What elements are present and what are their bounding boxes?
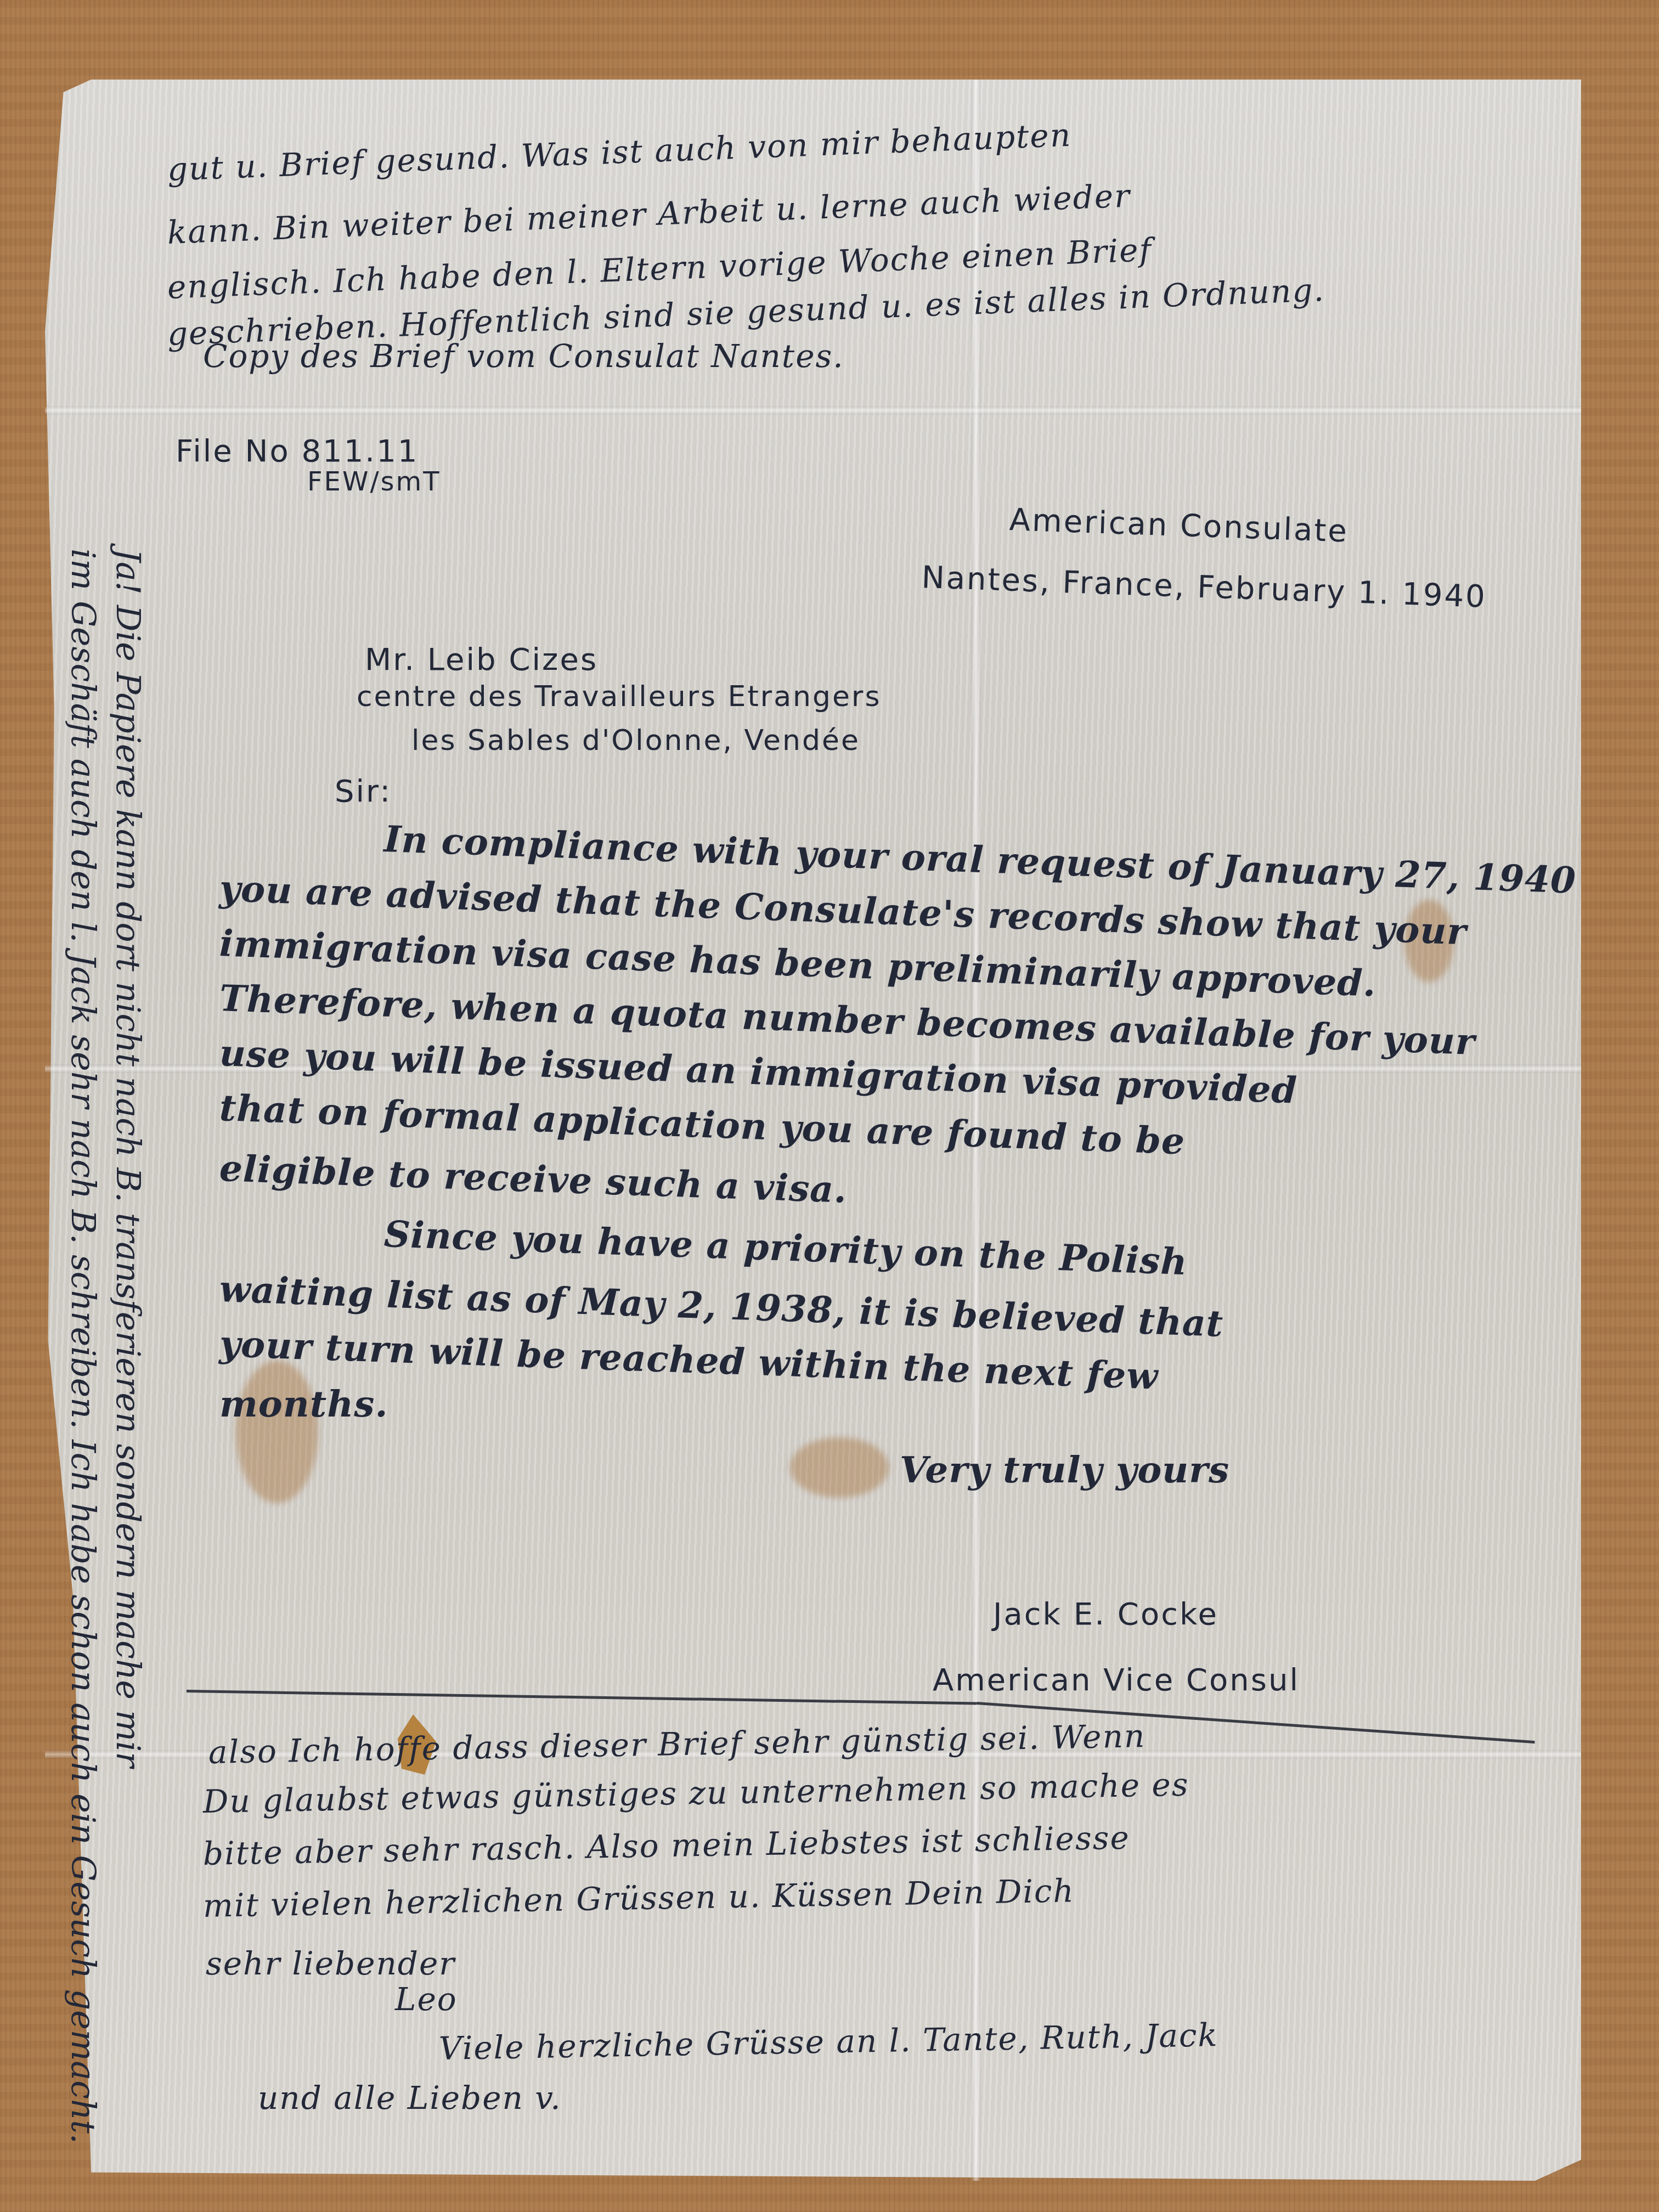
- note-line: sehr liebender: [206, 1945, 455, 1982]
- recipient-address-line: centre des Travailleurs Etrangers: [357, 680, 882, 713]
- margin-note-line: im Geschäft auch den l. Jack sehr nach B…: [60, 549, 105, 2144]
- water-stain: [790, 1437, 889, 1498]
- paragraph-line: months.: [219, 1383, 388, 1425]
- recipient-address-line: les Sables d'Olonne, Vendée: [411, 724, 860, 757]
- postscript-line: und alle Lieben v.: [258, 2079, 562, 2117]
- horizontal-fold-crease: [45, 406, 1581, 415]
- closing: Very truly yours: [900, 1448, 1229, 1491]
- recipient-name: Mr. Leib Cizes: [365, 642, 598, 678]
- margin-note: Ja! Die Papiere kann dort nicht nach B. …: [60, 549, 150, 2144]
- file-initials: FEW/smT: [307, 466, 441, 497]
- margin-note-line: Ja! Die Papiere kann dort nicht nach B. …: [105, 549, 150, 2144]
- water-stain: [236, 1361, 318, 1503]
- file-number: File No 811.11: [176, 433, 419, 469]
- signature-name: Jack E. Cocke: [993, 1596, 1218, 1632]
- signature-title: American Vice Consul: [933, 1662, 1300, 1698]
- salutation: Sir:: [335, 774, 392, 809]
- note-signature: Leo: [395, 1980, 458, 2018]
- copy-label: Copy des Brief vom Consulat Nantes.: [203, 337, 844, 375]
